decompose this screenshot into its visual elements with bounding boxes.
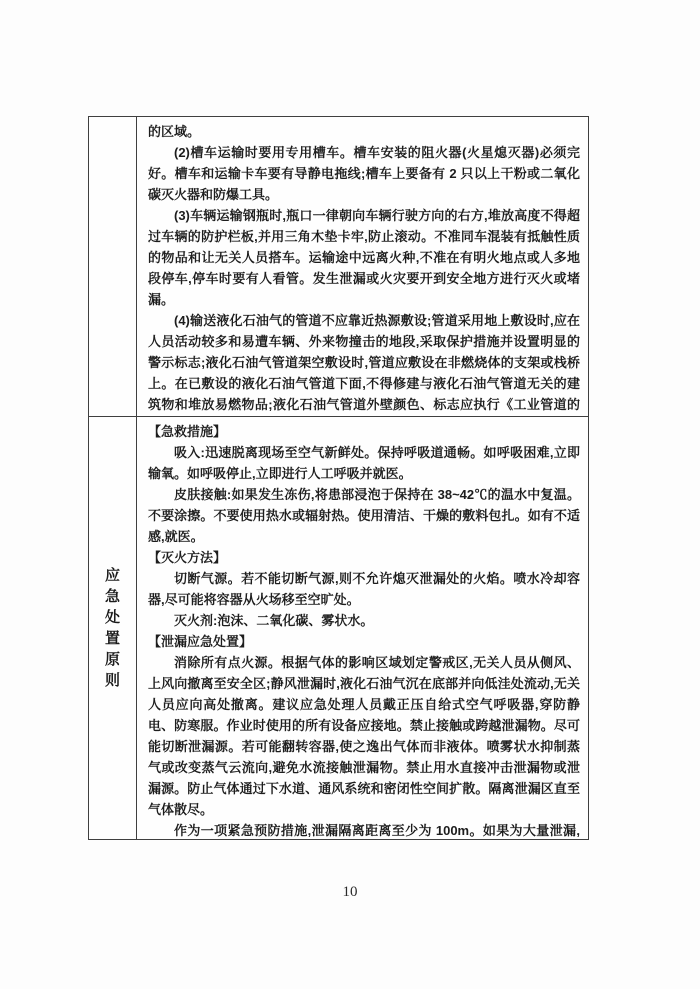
paragraph: 【泄漏应急处置】 (148, 631, 580, 652)
row-label-char: 置 (105, 631, 120, 646)
paragraph: 【急救措施】 (148, 421, 580, 442)
table-row-emergency-principles: 应急处置原则 【急救措施】吸入:迅速脱离现场至空气新鲜处。保持呼吸道通畅。如呼吸… (89, 416, 588, 839)
paragraph: 【灭火方法】 (148, 547, 580, 568)
row-label-char: 处 (105, 610, 120, 625)
row-label-char: 应 (105, 568, 120, 583)
document-page: 的区域。(2)槽车运输时要用专用槽车。槽车安装的阻火器(火星熄灭器)必须完好。槽… (0, 0, 700, 989)
row-label-char: 则 (105, 673, 120, 688)
paragraph: 的区域。 (148, 121, 580, 142)
row-content-transport: 的区域。(2)槽车运输时要用专用槽车。槽车安装的阻火器(火星熄灭器)必须完好。槽… (137, 117, 588, 416)
row-content-emergency-principles: 【急救措施】吸入:迅速脱离现场至空气新鲜处。保持呼吸道通畅。如呼吸困难,立即输氧… (137, 417, 588, 839)
row-label-char: 原 (105, 652, 120, 667)
row-label-char: 急 (105, 589, 120, 604)
row-header-cell-empty (89, 117, 137, 416)
paragraph: 切断气源。若不能切断气源,则不允许熄灭泄漏处的火焰。喷水冷却容器,尽可能将容器从… (148, 568, 580, 610)
paragraph: 作为一项紧急预防措施,泄漏隔离距离至少为 100m。如果为大量泄漏,下风向的初始… (148, 820, 580, 839)
paragraph: 消除所有点火源。根据气体的影响区域划定警戒区,无关人员从侧风、上风向撤离至安全区… (148, 652, 580, 820)
paragraph: (4)输送液化石油气的管道不应靠近热源敷设;管道采用地上敷设时,应在人员活动较多… (148, 310, 580, 416)
emergency-response-table: 的区域。(2)槽车运输时要用专用槽车。槽车安装的阻火器(火星熄灭器)必须完好。槽… (88, 116, 589, 840)
table-row-transport-continuation: 的区域。(2)槽车运输时要用专用槽车。槽车安装的阻火器(火星熄灭器)必须完好。槽… (89, 117, 588, 416)
paragraph: (3)车辆运输钢瓶时,瓶口一律朝向车辆行驶方向的右方,堆放高度不得超过车辆的防护… (148, 205, 580, 310)
paragraph: 皮肤接触:如果发生冻伤,将患部浸泡于保持在 38~42℃的温水中复温。不要涂擦。… (148, 484, 580, 547)
paragraph: 吸入:迅速脱离现场至空气新鲜处。保持呼吸道通畅。如呼吸困难,立即输氧。如呼吸停止… (148, 442, 580, 484)
row-header-cell-emergency-principles: 应急处置原则 (89, 417, 137, 839)
paragraph: (2)槽车运输时要用专用槽车。槽车安装的阻火器(火星熄灭器)必须完好。槽车和运输… (148, 142, 580, 205)
page-number: 10 (0, 884, 700, 901)
paragraph: 灭火剂:泡沫、二氧化碳、雾状水。 (148, 610, 580, 631)
